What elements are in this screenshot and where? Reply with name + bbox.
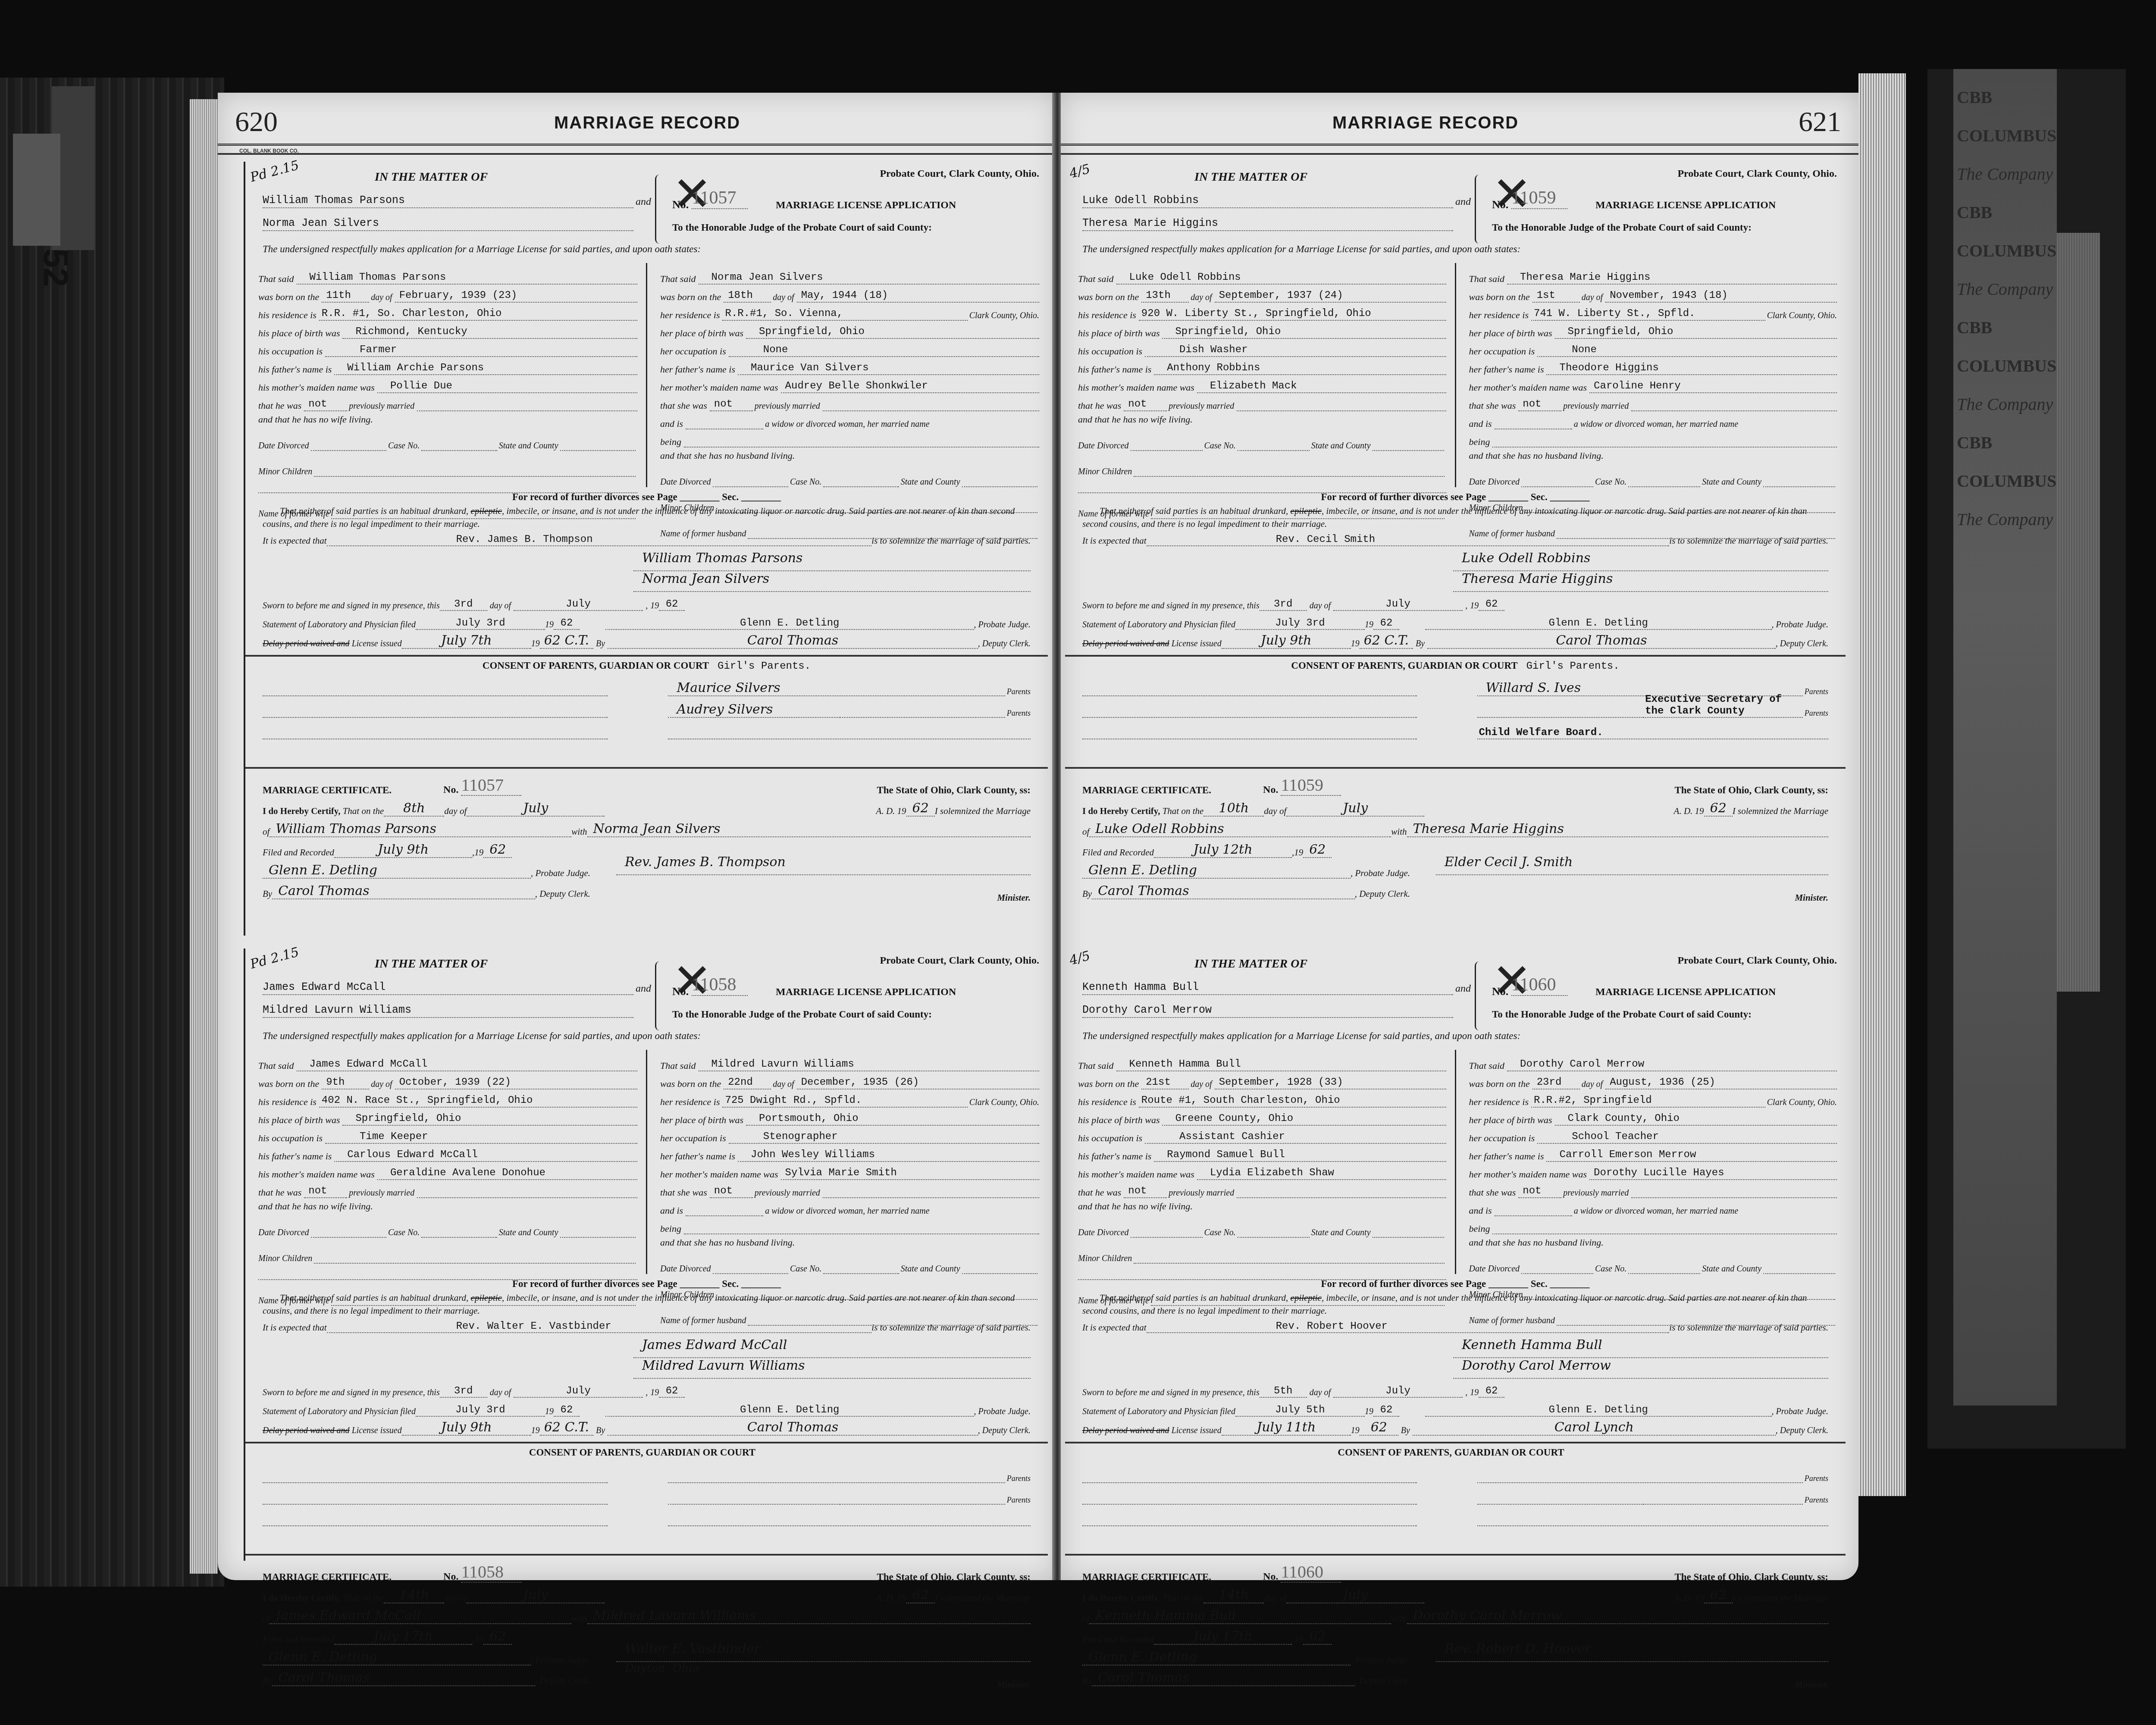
deputy-clerk-signature: Carol Thomas: [1427, 633, 1776, 649]
bride-signature: Dorothy Carol Merrow: [1453, 1358, 1828, 1379]
groom-occupation-field: his occupation isDish Washer: [1078, 339, 1446, 357]
bride-occupation-field: her occupation isSchool Teacher: [1469, 1126, 1837, 1144]
minister-location: [616, 875, 1031, 892]
minister-signature: Walter E. Vastbinder: [616, 1641, 1031, 1662]
groom-signature: William Thomas Parsons: [633, 551, 1031, 571]
certificate-number: 11060: [1281, 1562, 1341, 1583]
bride-name-field: That saidDorothy Carol Merrow: [1469, 1053, 1837, 1071]
groom-name-field: That saidKenneth Hamma Bull: [1078, 1053, 1446, 1071]
no-husband-statement: and that she has no husband living.: [1469, 448, 1837, 461]
groom-occupation-field: his occupation isAssistant Cashier: [1078, 1126, 1446, 1144]
further-divorces-line: For record of further divorces see Page …: [1082, 492, 1828, 503]
license-no-label: No.: [1492, 985, 1508, 998]
sworn-line: Sworn to before me and signed in my pres…: [263, 592, 1031, 611]
statement-filed-line: Statement of Laboratory and Physician fi…: [263, 1398, 1031, 1417]
minister-signature: Rev. James B. Thompson: [616, 855, 1031, 875]
bride-being-field: being: [1469, 1216, 1837, 1234]
record: 4/5 IN THE MATTER OF Kenneth Hamma Bull …: [1065, 949, 1846, 1561]
page-title: MARRIAGE RECORD: [1332, 113, 1519, 133]
groom-mother-field: his mother's maiden name wasGeraldine Av…: [258, 1162, 637, 1180]
court-name: Probate Court, Clark County, Ohio.: [1677, 955, 1837, 967]
application-intro: The undersigned respectfully makes appli…: [263, 244, 701, 255]
groom-occupation-field: his occupation isFarmer: [258, 339, 637, 357]
certificate-number: 11057: [461, 775, 521, 796]
officiant-name: Rev. Robert Hoover: [1147, 1321, 1670, 1333]
consent-section: CONSENT OF PARENTS, GUARDIAN OR COURTGir…: [1065, 655, 1846, 767]
certificate-bride: Dorothy Carol Merrow: [1407, 1608, 1828, 1624]
statement-filed-line: Statement of Laboratory and Physician fi…: [263, 611, 1031, 630]
bride-column: That saidNorma Jean Silvers was born on …: [646, 263, 1048, 487]
marriage-certificate: MARRIAGE CERTIFICATE. No. 11059 The Stat…: [1065, 767, 1846, 896]
groom-name-field: That saidWilliam Thomas Parsons: [258, 266, 637, 285]
address-to-judge: To the Honorable Judge of the Probate Co…: [1492, 1009, 1752, 1020]
and-label: and: [1455, 196, 1471, 208]
bride-birth-field: was born on the23rdday ofAugust, 1936 (2…: [1469, 1071, 1837, 1089]
payment-notation: 4/5: [1068, 948, 1092, 968]
payment-notation: 4/5: [1068, 161, 1092, 181]
form-title: MARRIAGE LICENSE APPLICATION: [1595, 200, 1776, 211]
form-title: MARRIAGE LICENSE APPLICATION: [776, 986, 956, 998]
couple-line: of James Edward McCall with Mildred Lavu…: [263, 1603, 1031, 1624]
certify-line: I do Hereby Certify, That on the 10th da…: [1082, 796, 1828, 817]
bride-birth-field: was born on the18thday ofMay, 1944 (18): [660, 285, 1039, 303]
minister-signature: Elder Cecil J. Smith: [1436, 855, 1828, 875]
groom-divorce-row: Date DivorcedCase No.State and County: [1078, 1212, 1446, 1238]
bride-marital-field: that she wasnotpreviously married: [1469, 393, 1837, 411]
bride-residence-field: her residence isR.R.#1, So. Vienna,Clark…: [660, 303, 1039, 321]
further-divorces-line: For record of further divorces see Page …: [263, 1278, 1031, 1290]
consent-signature-2: Executive Secretary of the Clark CountyP…: [1477, 696, 1828, 718]
bride-father-field: her father's name isCarroll Emerson Merr…: [1469, 1144, 1837, 1162]
bride-name-field: That saidNorma Jean Silvers: [660, 266, 1039, 285]
groom-birth-field: was born on the21stday ofSeptember, 1928…: [1078, 1071, 1446, 1089]
cert-judge-line: Glenn E. Detling, Probate Judge.: [263, 858, 590, 879]
statement-filed-line: Statement of Laboratory and Physician fi…: [1082, 611, 1828, 630]
groom-birth-field: was born on the13thday ofSeptember, 1937…: [1078, 285, 1446, 303]
groom-residence-field: his residence isRoute #1, South Charlest…: [1078, 1089, 1446, 1108]
no-wife-statement: and that he has no wife living.: [258, 411, 637, 425]
application-intro: The undersigned respectfully makes appli…: [1082, 244, 1520, 255]
oath-statement: That neither of said parties is an habit…: [263, 1291, 1031, 1317]
matter-label: IN THE MATTER OF: [1194, 170, 1307, 184]
bride-name-header: Dorothy Carol Merrow: [1082, 1004, 1453, 1018]
groom-name-header: Luke Odell Robbins: [1082, 194, 1453, 208]
sworn-line: Sworn to before me and signed in my pres…: [1082, 592, 1828, 611]
license-issued-line: Delay period waived and License issuedJu…: [1082, 630, 1828, 649]
consent-signature-2: Parents: [1477, 1483, 1828, 1505]
no-wife-statement: and that he has no wife living.: [1078, 411, 1446, 425]
wrapper-slogan: The Company Ohio Grew Up With: [1957, 394, 2057, 414]
minister-block: Walter E. Vastbinder Dayton, Ohio Minist…: [616, 1624, 1031, 1690]
groom-minor-children-row: Minor Children: [1078, 1238, 1446, 1264]
consent-typed-line: Child Welfare Board.: [1477, 718, 1828, 739]
consent-title: CONSENT OF PARENTS, GUARDIAN OR COURTGir…: [263, 660, 1031, 672]
bride-widow-field: and isa widow or divorced woman, her mar…: [1469, 411, 1837, 429]
officiant-line: It is expected thatRev. Walter E. Vastbi…: [263, 1321, 1031, 1333]
certificate-clerk-signature: Carol Thomas: [272, 1670, 535, 1686]
oath-statement: That neither of said parties is an habit…: [263, 504, 1031, 530]
license-issued-line: Delay period waived and License issuedJu…: [263, 630, 1031, 649]
sworn-line: Sworn to before me and signed in my pres…: [263, 1379, 1031, 1398]
filed-recorded-line: Filed and RecordedJuly 12th, 1962: [1082, 837, 1410, 858]
applicant-columns: That saidJames Edward McCall was born on…: [245, 1050, 1048, 1274]
bride-mother-field: her mother's maiden name wasCaroline Hen…: [1469, 375, 1837, 393]
groom-marital-field: that he wasnotpreviously married: [1078, 1180, 1446, 1198]
spine-volume-number: 52: [36, 249, 75, 287]
groom-birthplace-field: his place of birth wasRichmond, Kentucky: [258, 321, 637, 339]
minister-location: [1436, 875, 1828, 892]
groom-signature: Luke Odell Robbins: [1453, 551, 1828, 571]
and-label: and: [1455, 983, 1471, 995]
license-no-label: No.: [1492, 198, 1508, 211]
address-to-judge: To the Honorable Judge of the Probate Co…: [672, 1009, 932, 1020]
certificate-judge-signature: Glenn E. Detling: [263, 1650, 531, 1666]
brace-icon: [655, 961, 661, 1030]
groom-mother-field: his mother's maiden name wasElizabeth Ma…: [1078, 375, 1446, 393]
couple-line: of William Thomas Parsons with Norma Jea…: [263, 817, 1031, 837]
book-wrapper-right: CBB COLUMBUS BLANK BOOK CO. The Company …: [1927, 69, 2126, 1449]
oath-section: For record of further divorces see Page …: [1065, 487, 1846, 649]
minister-location: [1436, 1662, 1828, 1679]
bride-residence-field: her residence is741 W. Liberty St., Spfl…: [1469, 303, 1837, 321]
application-header: Pd 2.15 IN THE MATTER OF James Edward Mc…: [245, 949, 1048, 1050]
applicant-columns: That saidLuke Odell Robbins was born on …: [1065, 263, 1846, 487]
further-divorces-line: For record of further divorces see Page …: [263, 492, 1031, 503]
spine-label: 52: [13, 134, 60, 246]
applicant-columns: That saidKenneth Hamma Bull was born on …: [1065, 1050, 1846, 1274]
groom-father-field: his father's name isCarlous Edward McCal…: [258, 1144, 637, 1162]
consent-signature-1: Willard S. IvesParents: [1477, 675, 1828, 696]
state-jurisdiction: The State of Ohio, Clark County, ss:: [877, 785, 1031, 796]
license-number: 11060: [1511, 974, 1567, 996]
deputy-clerk-signature: Carol Lynch: [1413, 1420, 1776, 1436]
groom-residence-field: his residence isR.R. #1, So. Charleston,…: [258, 303, 637, 321]
certificate-judge-signature: Glenn E. Detling: [263, 863, 531, 879]
marriage-certificate: MARRIAGE CERTIFICATE. No. 11058 The Stat…: [245, 1554, 1048, 1683]
certificate-number: 11059: [1281, 775, 1341, 796]
wrapper-brand-text: COLUMBUS BLANK BOOK CO.: [1957, 241, 2057, 261]
state-jurisdiction: The State of Ohio, Clark County, ss:: [877, 1572, 1031, 1583]
record: 4/5 IN THE MATTER OF Luke Odell Robbins …: [1065, 162, 1846, 936]
cert-clerk-line: ByCarol Thomas, Deputy Clerk.: [263, 879, 590, 899]
filed-recorded-line: Filed and RecordedJuly 17th, 1962: [1082, 1624, 1410, 1645]
minister-block: Elder Cecil J. Smith Minister.: [1436, 837, 1828, 903]
minister-block: Rev. Robert D. Hoover Minister.: [1436, 1624, 1828, 1690]
bride-marital-field: that she wasnotpreviously married: [660, 393, 1039, 411]
groom-column: That saidWilliam Thomas Parsons was born…: [245, 263, 646, 487]
consent-section: CONSENT OF PARENTS, GUARDIAN OR COURT Pa…: [1065, 1442, 1846, 1554]
bride-signature: Theresa Marie Higgins: [1453, 571, 1828, 592]
and-label: and: [636, 983, 651, 995]
groom-occupation-field: his occupation isTime Keeper: [258, 1126, 637, 1144]
page-620: 620 MARRIAGE RECORD COL. BLANK BOOK CO. …: [218, 93, 1056, 1580]
bride-signature: Mildred Lavurn Williams: [633, 1358, 1031, 1379]
groom-birthplace-field: his place of birth wasGreene County, Ohi…: [1078, 1108, 1446, 1126]
probate-judge-name: Glenn E. Detling: [1425, 617, 1772, 630]
groom-minor-children-row: Minor Children: [258, 451, 637, 477]
certificate-title: MARRIAGE CERTIFICATE.: [1082, 1572, 1211, 1583]
groom-marital-field: that he wasnotpreviously married: [258, 393, 637, 411]
groom-birthplace-field: his place of birth wasSpringfield, Ohio: [1078, 321, 1446, 339]
application-intro: The undersigned respectfully makes appli…: [263, 1030, 701, 1042]
no-husband-statement: and that she has no husband living.: [660, 1234, 1039, 1248]
groom-name-header: James Edward McCall: [263, 981, 633, 995]
certificate-title: MARRIAGE CERTIFICATE.: [263, 1572, 392, 1583]
groom-birthplace-field: his place of birth wasSpringfield, Ohio: [258, 1108, 637, 1126]
oath-section: For record of further divorces see Page …: [245, 1274, 1048, 1436]
publisher-mark: COL. BLANK BOOK CO.: [239, 148, 299, 154]
cert-judge-line: Glenn E. Detling, Probate Judge.: [263, 1645, 590, 1666]
no-wife-statement: and that he has no wife living.: [1078, 1198, 1446, 1212]
cert-clerk-line: ByCarol Thomas, Deputy Clerk.: [263, 1666, 590, 1686]
address-to-judge: To the Honorable Judge of the Probate Co…: [672, 222, 932, 233]
officiant-line: It is expected thatRev. Cecil Smithis to…: [1082, 534, 1828, 546]
bride-widow-field: and isa widow or divorced woman, her mar…: [660, 1198, 1039, 1216]
consent-signature-2: Parents: [668, 1483, 1031, 1505]
wrapper-logo-cbb: CBB: [1957, 202, 2057, 222]
groom-birth-field: was born on the9thday ofOctober, 1939 (2…: [258, 1071, 637, 1089]
matter-label: IN THE MATTER OF: [375, 170, 488, 184]
record: Pd 2.15 IN THE MATTER OF William Thomas …: [244, 162, 1048, 936]
bride-column: That saidDorothy Carol Merrow was born o…: [1455, 1050, 1846, 1274]
form-title: MARRIAGE LICENSE APPLICATION: [1595, 986, 1776, 998]
no-husband-statement: and that she has no husband living.: [1469, 1234, 1837, 1248]
sworn-line: Sworn to before me and signed in my pres…: [1082, 1379, 1828, 1398]
consent-title: CONSENT OF PARENTS, GUARDIAN OR COURT: [263, 1447, 1031, 1459]
certify-line: I do Hereby Certify, That on the 8th day…: [263, 796, 1031, 817]
officiant-name: Rev. James B. Thompson: [327, 534, 872, 546]
groom-column: That saidKenneth Hamma Bull was born on …: [1065, 1050, 1455, 1274]
application-intro: The undersigned respectfully makes appli…: [1082, 1030, 1520, 1042]
groom-divorce-row: Date DivorcedCase No.State and County: [258, 425, 637, 451]
applicant-signatures: Kenneth Hamma Bull Dorothy Carol Merrow: [1453, 1337, 1828, 1379]
certificate-judge-signature: Glenn E. Detling: [1082, 1650, 1351, 1666]
and-label: and: [636, 196, 651, 208]
oath-section: For record of further divorces see Page …: [245, 487, 1048, 649]
applicant-signatures: Luke Odell Robbins Theresa Marie Higgins: [1453, 551, 1828, 592]
bride-father-field: her father's name isMaurice Van Silvers: [660, 357, 1039, 375]
bride-birth-field: was born on the1stday ofNovember, 1943 (…: [1469, 285, 1837, 303]
certify-line: I do Hereby Certify, That on the 14th da…: [263, 1583, 1031, 1603]
payment-notation: Pd 2.15: [248, 158, 301, 185]
certificate-title: MARRIAGE CERTIFICATE.: [263, 785, 392, 796]
state-jurisdiction: The State of Ohio, Clark County, ss:: [1674, 785, 1828, 796]
license-no-label: No.: [672, 198, 689, 211]
couple-line: of Kenneth Hamma Bull with Dorothy Carol…: [1082, 1603, 1828, 1624]
certificate-number: 11058: [461, 1562, 521, 1583]
further-divorces-line: For record of further divorces see Page …: [1082, 1278, 1828, 1290]
bride-mother-field: her mother's maiden name wasAudrey Belle…: [660, 375, 1039, 393]
groom-name-header: William Thomas Parsons: [263, 194, 633, 208]
oath-section: For record of further divorces see Page …: [1065, 1274, 1846, 1436]
state-jurisdiction: The State of Ohio, Clark County, ss:: [1674, 1572, 1828, 1583]
certificate-bride: Theresa Marie Higgins: [1407, 821, 1828, 837]
no-wife-statement: and that he has no wife living.: [258, 1198, 637, 1212]
groom-father-field: his father's name isAnthony Robbins: [1078, 357, 1446, 375]
wrapper-slogan: The Company Ohio Grew Up With: [1957, 164, 2057, 184]
minister-block: Rev. James B. Thompson Minister.: [616, 837, 1031, 903]
bride-name-header: Mildred Lavurn Williams: [263, 1004, 633, 1018]
minister-location: Dayton, Ohio: [616, 1662, 1031, 1679]
record: Pd 2.15 IN THE MATTER OF James Edward Mc…: [244, 949, 1048, 1561]
oath-statement: That neither of said parties is an habit…: [1082, 504, 1828, 530]
consent-signature-1: Parents: [1477, 1462, 1828, 1483]
applicant-signatures: William Thomas Parsons Norma Jean Silver…: [633, 551, 1031, 592]
groom-father-field: his father's name isWilliam Archie Parso…: [258, 357, 637, 375]
court-name: Probate Court, Clark County, Ohio.: [1677, 168, 1837, 180]
groom-column: That saidJames Edward McCall was born on…: [245, 1050, 646, 1274]
wrapper-logo-cbb: CBB: [1957, 432, 2057, 453]
payment-notation: Pd 2.15: [248, 945, 301, 972]
groom-signature: James Edward McCall: [633, 1337, 1031, 1358]
groom-minor-children-row: Minor Children: [1078, 451, 1446, 477]
certificate-clerk-signature: Carol Thomas: [1092, 883, 1355, 899]
wrapper-logo-cbb: CBB: [1957, 317, 2057, 338]
bride-name-field: That saidMildred Lavurn Williams: [660, 1053, 1039, 1071]
certificate-clerk-signature: Carol Thomas: [1092, 1670, 1355, 1686]
bride-mother-field: her mother's maiden name wasSylvia Marie…: [660, 1162, 1039, 1180]
groom-mother-field: his mother's maiden name wasLydia Elizab…: [1078, 1162, 1446, 1180]
wrapper-logo-cbb: CBB: [1957, 87, 2057, 107]
groom-residence-field: his residence is402 N. Race St., Springf…: [258, 1089, 637, 1108]
bride-name-header: Norma Jean Silvers: [263, 217, 633, 231]
application-header: 4/5 IN THE MATTER OF Kenneth Hamma Bull …: [1065, 949, 1846, 1050]
couple-line: of Luke Odell Robbins with Theresa Marie…: [1082, 817, 1828, 837]
page-number: 621: [1799, 106, 1841, 138]
deputy-clerk-signature: Carol Thomas: [608, 1420, 978, 1436]
license-number: 11057: [692, 188, 748, 209]
consent-typed-line: [668, 718, 1031, 739]
filed-recorded-line: Filed and RecordedJuly 17th, 1962: [263, 1624, 590, 1645]
bride-name-header: Theresa Marie Higgins: [1082, 217, 1453, 231]
probate-judge-name: Glenn E. Detling: [605, 617, 974, 630]
page-621: 621 MARRIAGE RECORD 4/5 IN THE MATTER OF…: [1061, 93, 1858, 1580]
certificate-groom: William Thomas Parsons: [269, 821, 571, 837]
license-no-label: No.: [672, 985, 689, 998]
bride-divorce-row: Date DivorcedCase No.State and County: [1469, 461, 1837, 487]
certify-line: I do Hereby Certify, That on the 14th da…: [1082, 1583, 1828, 1603]
bride-column: That saidTheresa Marie Higgins was born …: [1455, 263, 1846, 487]
cert-judge-line: Glenn E. Detling, Probate Judge.: [1082, 858, 1410, 879]
page-number: 620: [235, 106, 278, 138]
consent-section: CONSENT OF PARENTS, GUARDIAN OR COURT Pa…: [245, 1442, 1048, 1554]
consent-signature-1: Parents: [668, 1462, 1031, 1483]
bride-being-field: being: [1469, 429, 1837, 448]
bride-being-field: being: [660, 1216, 1039, 1234]
consent-signature-1: Maurice SilversParents: [668, 675, 1031, 696]
application-header: Pd 2.15 IN THE MATTER OF William Thomas …: [245, 162, 1048, 263]
applicant-signatures: James Edward McCall Mildred Lavurn Willi…: [633, 1337, 1031, 1379]
brace-icon: [655, 175, 661, 244]
matter-label: IN THE MATTER OF: [1194, 957, 1307, 971]
officiant-line: It is expected thatRev. Robert Hooveris …: [1082, 1321, 1828, 1333]
court-name: Probate Court, Clark County, Ohio.: [880, 168, 1039, 180]
wrapper-brand-text: COLUMBUS BLANK BOOK CO.: [1957, 471, 2057, 491]
cert-judge-line: Glenn E. Detling, Probate Judge.: [1082, 1645, 1410, 1666]
bride-occupation-field: her occupation isStenographer: [660, 1126, 1039, 1144]
certificate-judge-signature: Glenn E. Detling: [1082, 863, 1351, 879]
applicant-columns: That saidWilliam Thomas Parsons was born…: [245, 263, 1048, 487]
bride-marital-field: that she wasnotpreviously married: [660, 1180, 1039, 1198]
certificate-groom: James Edward McCall: [269, 1608, 571, 1624]
groom-name-header: Kenneth Hamma Bull: [1082, 981, 1453, 995]
bride-occupation-field: her occupation isNone: [660, 339, 1039, 357]
bride-residence-field: her residence is725 Dwight Rd., Spfld.Cl…: [660, 1089, 1039, 1108]
minister-signature: Rev. Robert D. Hoover: [1436, 1641, 1828, 1662]
groom-signature: Kenneth Hamma Bull: [1453, 1337, 1828, 1358]
certificate-bride: Norma Jean Silvers: [587, 821, 1031, 837]
form-title: MARRIAGE LICENSE APPLICATION: [776, 200, 956, 211]
consent-signature-2: Audrey SilversParents: [668, 696, 1031, 718]
groom-marital-field: that he wasnotpreviously married: [258, 1180, 637, 1198]
certificate-title: MARRIAGE CERTIFICATE.: [1082, 785, 1211, 796]
bride-widow-field: and isa widow or divorced woman, her mar…: [1469, 1198, 1837, 1216]
oath-statement: That neither of said parties is an habit…: [1082, 1291, 1828, 1317]
brace-icon: [1475, 175, 1481, 244]
bride-birth-field: was born on the22ndday ofDecember, 1935 …: [660, 1071, 1039, 1089]
deputy-clerk-signature: Carol Thomas: [608, 633, 978, 649]
certificate-groom: Kenneth Hamma Bull: [1089, 1608, 1391, 1624]
consent-title: CONSENT OF PARENTS, GUARDIAN OR COURTGir…: [1082, 660, 1828, 672]
bride-birthplace-field: her place of birth wasSpringfield, Ohio: [1469, 321, 1837, 339]
bride-marital-field: that she wasnotpreviously married: [1469, 1180, 1837, 1198]
officiant-line: It is expected thatRev. James B. Thompso…: [263, 534, 1031, 546]
no-husband-statement: and that she has no husband living.: [660, 448, 1039, 461]
application-header: 4/5 IN THE MATTER OF Luke Odell Robbins …: [1065, 162, 1846, 263]
page-edges-left: [190, 99, 218, 1574]
bride-birthplace-field: her place of birth wasPortsmouth, Ohio: [660, 1108, 1039, 1126]
groom-residence-field: his residence is920 W. Liberty St., Spri…: [1078, 303, 1446, 321]
groom-minor-children-row: Minor Children: [258, 1238, 637, 1264]
bride-birthplace-field: her place of birth wasSpringfield, Ohio: [660, 321, 1039, 339]
bride-father-field: her father's name isTheodore Higgins: [1469, 357, 1837, 375]
groom-column: That saidLuke Odell Robbins was born on …: [1065, 263, 1455, 487]
probate-judge-name: Glenn E. Detling: [1425, 1404, 1772, 1417]
consent-typed-line: [668, 1505, 1031, 1526]
groom-mother-field: his mother's maiden name wasPollie Due: [258, 375, 637, 393]
groom-divorce-row: Date DivorcedCase No.State and County: [1078, 425, 1446, 451]
brace-icon: [1475, 961, 1481, 1030]
bride-name-field: That saidTheresa Marie Higgins: [1469, 266, 1837, 285]
consent-typed-line: [1477, 1505, 1828, 1526]
bride-occupation-field: her occupation isNone: [1469, 339, 1837, 357]
spine-cloth: 52: [2057, 233, 2100, 992]
license-number: 11059: [1511, 188, 1567, 209]
bride-signature: Norma Jean Silvers: [633, 571, 1031, 592]
bride-divorce-row: Date DivorcedCase No.State and County: [1469, 1248, 1837, 1274]
cert-clerk-line: ByCarol Thomas, Deputy Clerk.: [1082, 879, 1410, 899]
page-edges-right: [1858, 73, 1906, 1496]
groom-divorce-row: Date DivorcedCase No.State and County: [258, 1212, 637, 1238]
consent-section: CONSENT OF PARENTS, GUARDIAN OR COURTGir…: [245, 655, 1048, 767]
consent-title: CONSENT OF PARENTS, GUARDIAN OR COURT: [1082, 1447, 1828, 1459]
statement-filed-line: Statement of Laboratory and Physician fi…: [1082, 1398, 1828, 1417]
certificate-clerk-signature: Carol Thomas: [272, 883, 535, 899]
header-rule: [1061, 144, 1858, 155]
groom-name-field: That saidJames Edward McCall: [258, 1053, 637, 1071]
bride-divorce-row: Date DivorcedCase No.State and County: [660, 461, 1039, 487]
bride-residence-field: her residence isR.R.#2, SpringfieldClark…: [1469, 1089, 1837, 1108]
officiant-name: Rev. Walter E. Vastbinder: [327, 1321, 872, 1333]
bride-divorce-row: Date DivorcedCase No.State and County: [660, 1248, 1039, 1274]
bride-birthplace-field: her place of birth wasClark County, Ohio: [1469, 1108, 1837, 1126]
consent-note: Girl's Parents.: [1526, 661, 1620, 672]
wrapper-paper: CBB COLUMBUS BLANK BOOK CO. The Company …: [1953, 69, 2057, 1406]
matter-label: IN THE MATTER OF: [375, 957, 488, 971]
officiant-name: Rev. Cecil Smith: [1147, 534, 1670, 546]
wrapper-slogan: The Company Ohio Grew Up With: [1957, 509, 2057, 529]
page-title: MARRIAGE RECORD: [554, 113, 740, 133]
